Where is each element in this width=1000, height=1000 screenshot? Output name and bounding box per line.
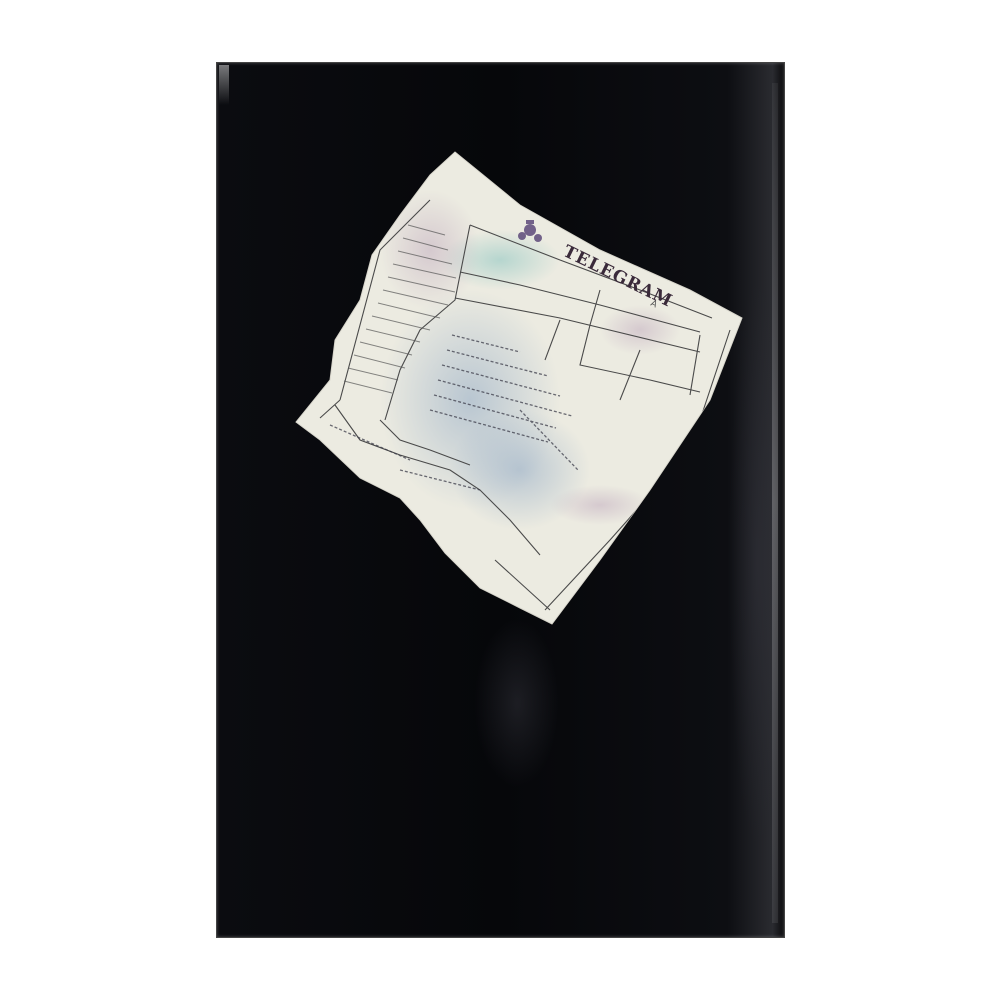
telegram-paper: TELEGRAM A bbox=[0, 0, 1000, 1000]
